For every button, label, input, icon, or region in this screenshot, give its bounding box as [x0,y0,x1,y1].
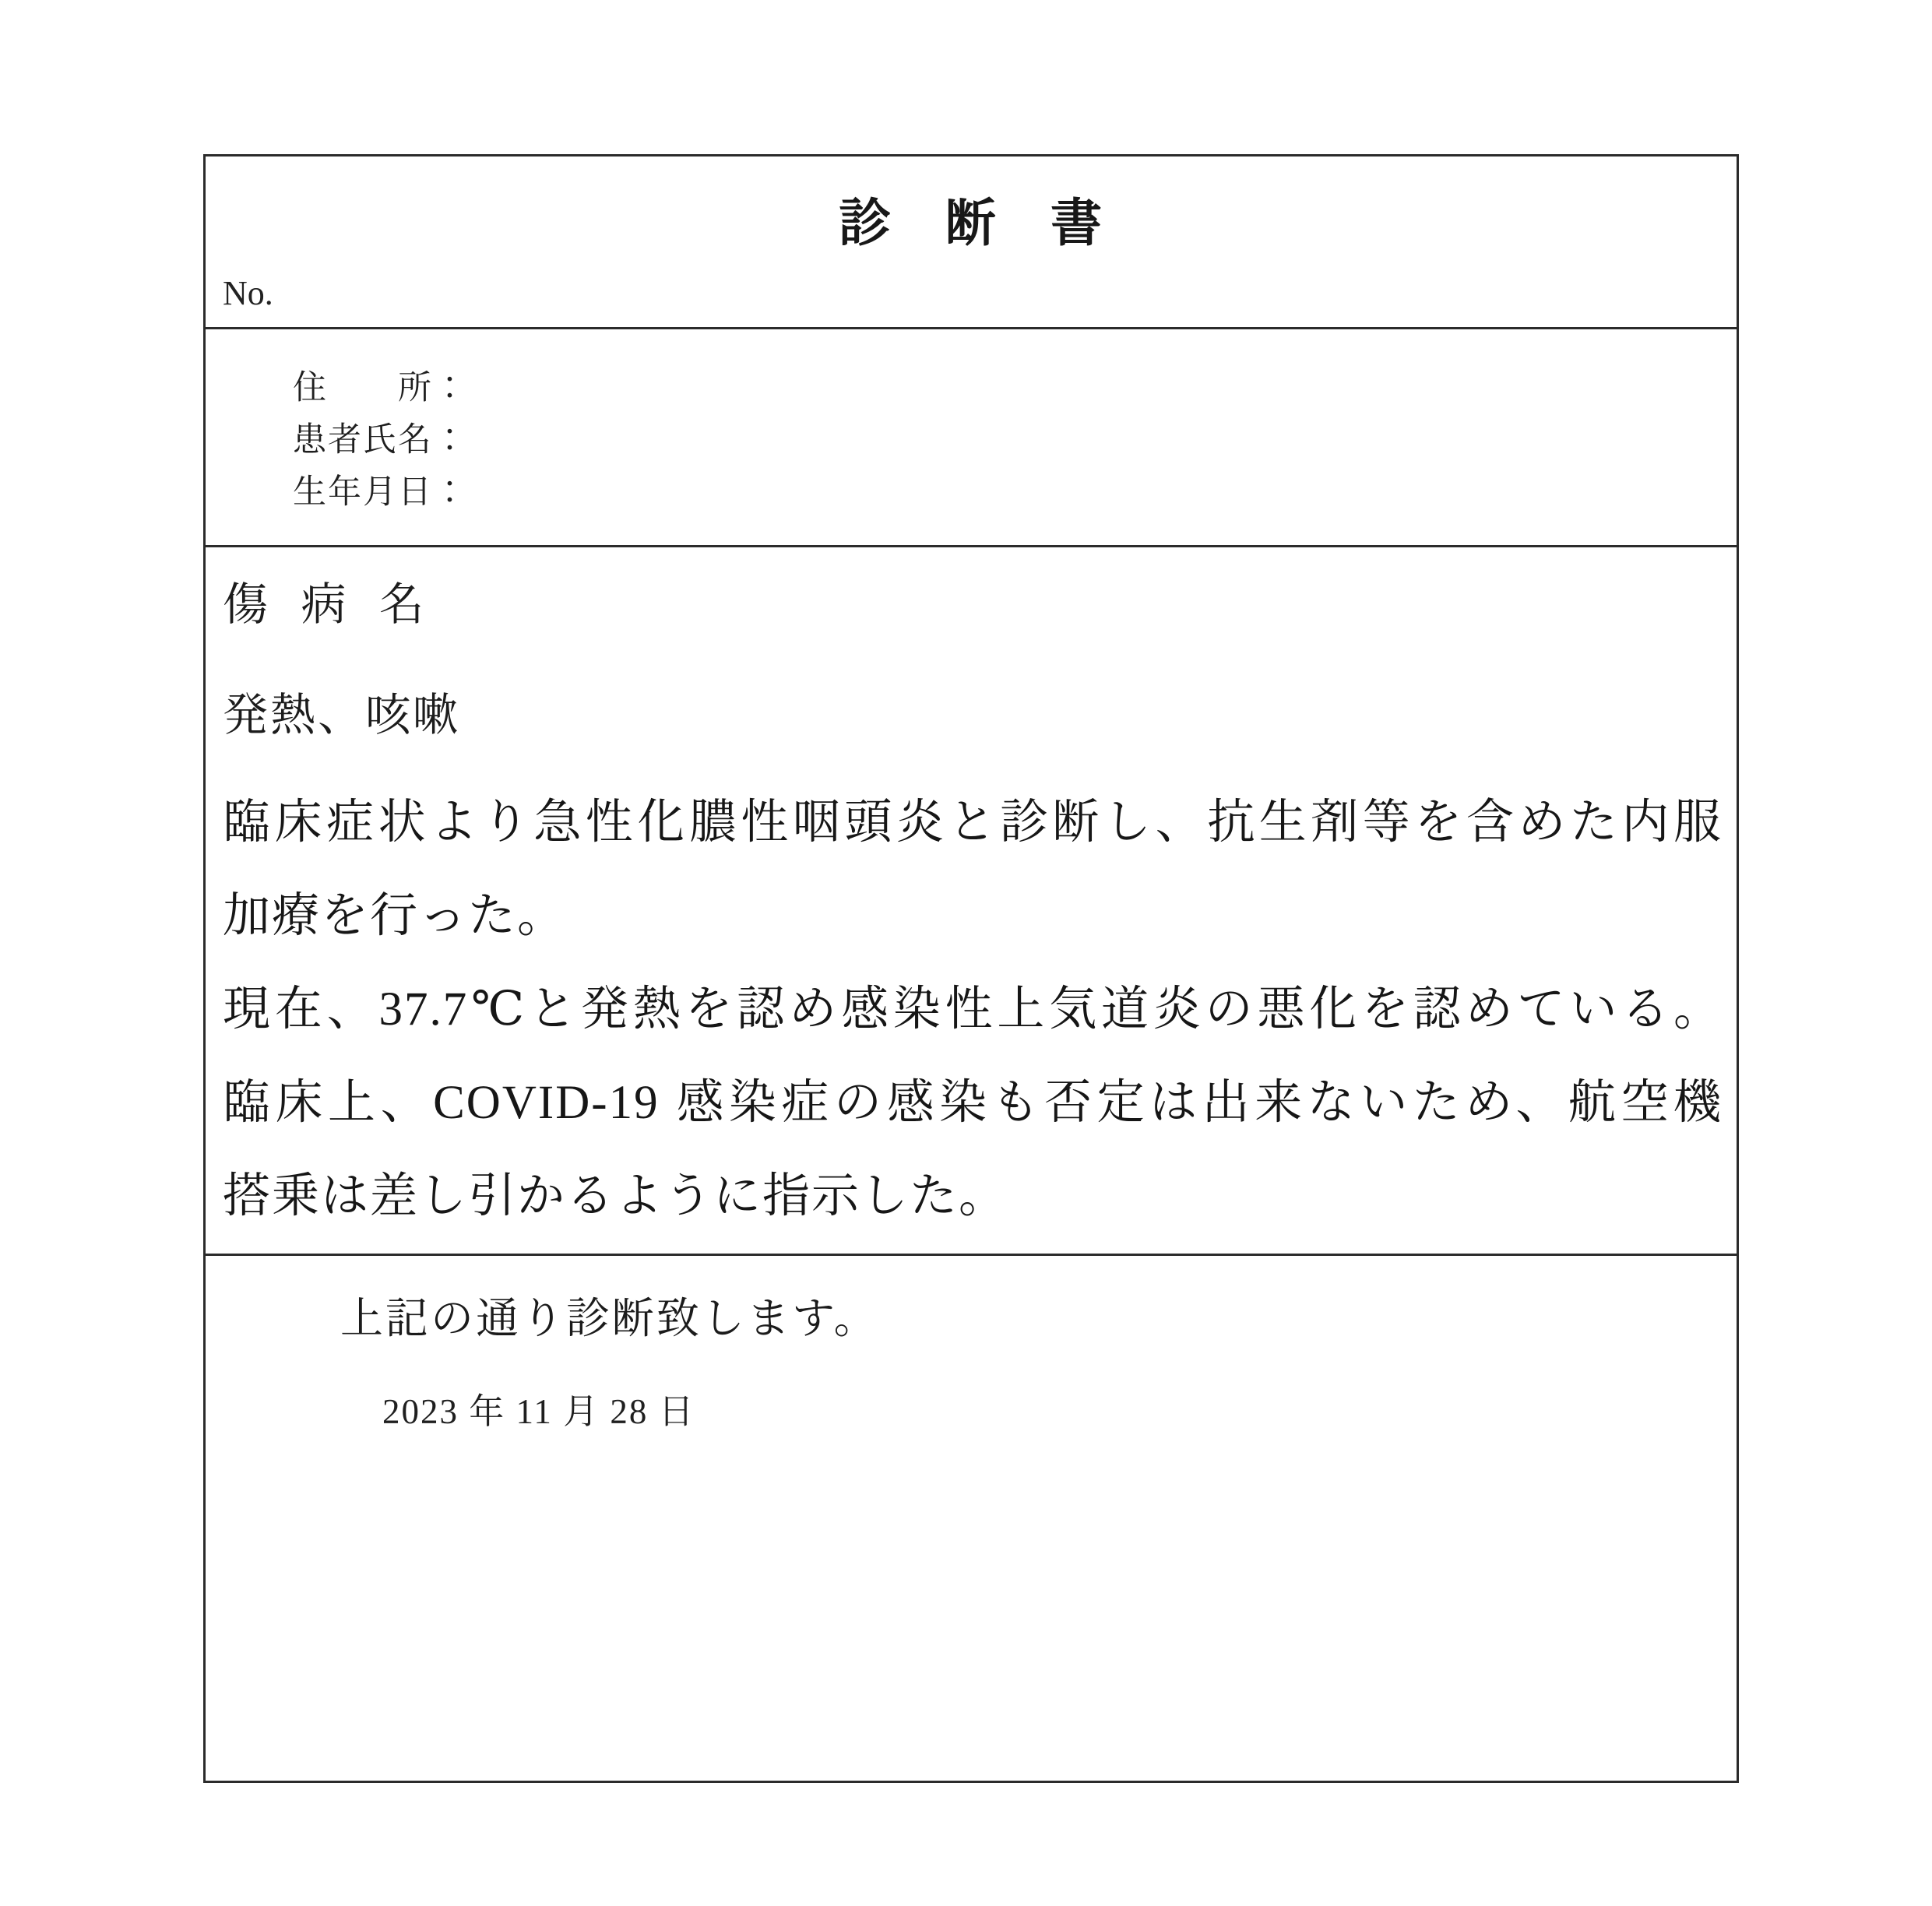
clinical-description-line: 加療を行った。 [223,870,1723,963]
date-of-birth-label: 生年月日： [293,466,1713,519]
attestation-statement: 上記の通り診断致します。 [340,1284,1721,1345]
attestation-row: 上記の通り診断致します。 2023 年 11 月 28 日 [206,1256,1737,1781]
diagnosis-row: 傷 病 名 発熱、咳嗽 臨床症状より急性化膿性咽頭炎と診断し、抗生剤等を含めた内… [206,547,1737,1256]
issue-date: 2023 年 11 月 28 日 [382,1383,1721,1433]
address-label: 住 所： [293,362,1713,414]
patient-info-row: 住 所： 患者氏名： 生年月日： [206,329,1737,547]
patient-name-label: 患者氏名： [293,414,1713,466]
disease-name-value: 発熱、咳嗽 [223,678,1723,744]
clinical-description-line: 臨床上、COVID-19 感染症の感染も否定は出来ないため、航空機 [223,1057,1723,1150]
disease-name-heading: 傷 病 名 [223,568,1723,633]
clinical-description-line: 現在、37.7℃と発熱を認め感染性上気道炎の悪化を認めている。 [223,963,1723,1057]
clinical-description-line: 搭乗は差し引かるように指示した。 [223,1150,1723,1243]
clinical-description: 臨床症状より急性化膿性咽頭炎と診断し、抗生剤等を含めた内服 加療を行った。 現在… [223,776,1723,1243]
document-number-label: No. [223,273,273,313]
medical-certificate-page: 診 断 書 No. 住 所： 患者氏名： 生年月日： 傷 病 名 発熱、咳嗽 臨… [0,0,1932,1906]
certificate-table: 診 断 書 No. 住 所： 患者氏名： 生年月日： 傷 病 名 発熱、咳嗽 臨… [203,154,1739,1783]
header-row: 診 断 書 No. [206,156,1737,329]
page-title: 診 断 書 [206,181,1737,255]
clinical-description-line: 臨床症状より急性化膿性咽頭炎と診断し、抗生剤等を含めた内服 [223,776,1723,870]
